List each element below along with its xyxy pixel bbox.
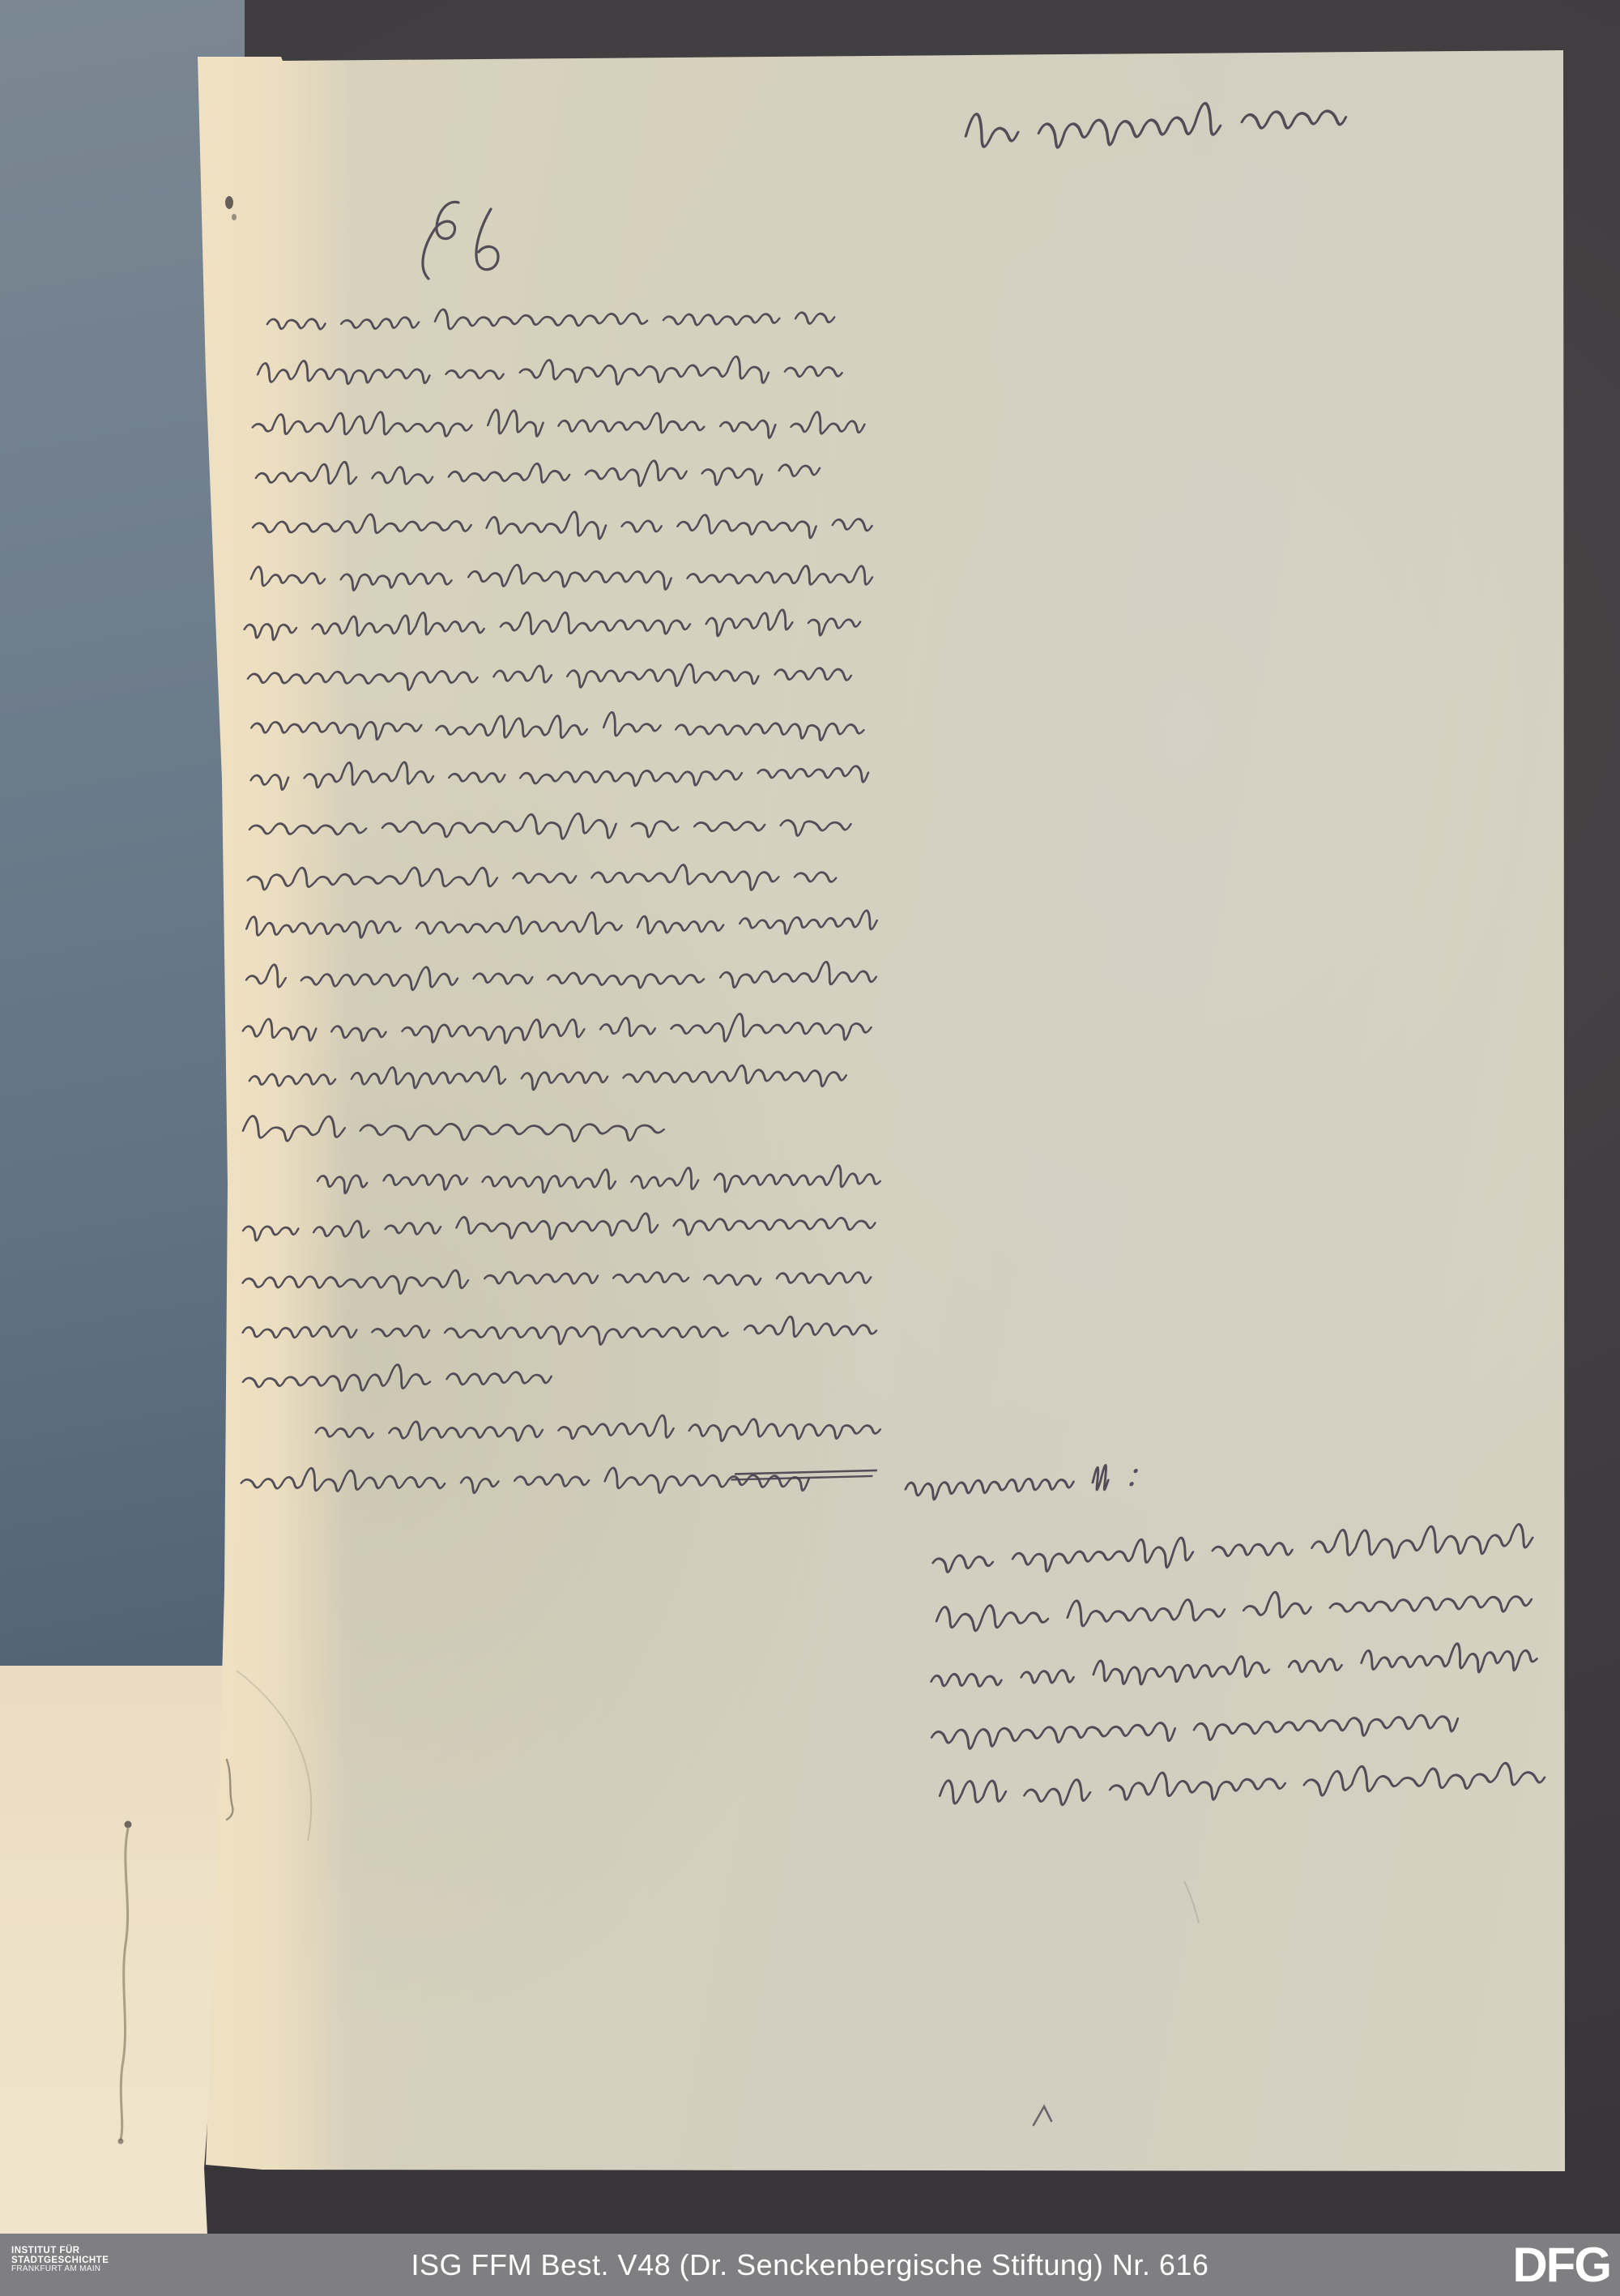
scan-viewport: INSTITUT FÜR STADTGESCHICHTE FRANKFURT A… — [0, 0, 1620, 2296]
archive-caption-bar: INSTITUT FÜR STADTGESCHICHTE FRANKFURT A… — [0, 2234, 1620, 2296]
dfg-logo: DFG — [1512, 2234, 1610, 2296]
under-paper-corner — [0, 1666, 237, 2234]
manuscript-page — [198, 50, 1565, 2171]
shelfmark-caption: ISG FFM Best. V48 (Dr. Senckenbergische … — [0, 2234, 1620, 2296]
